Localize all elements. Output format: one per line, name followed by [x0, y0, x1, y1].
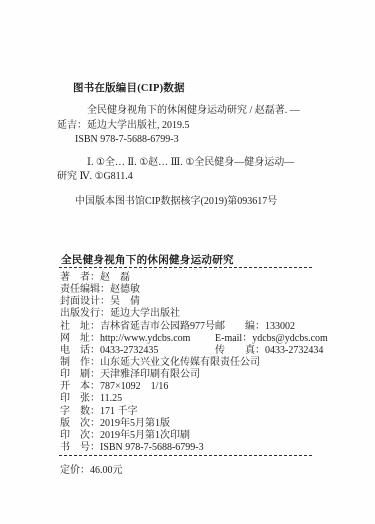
- row-label: 邮 编：: [215, 321, 265, 332]
- row-value: 延边大学出版社: [110, 308, 180, 319]
- row-edition: 版 次：2019年5月第1版: [60, 418, 360, 430]
- row-author: 著 者：赵 磊: [60, 272, 360, 284]
- separator-top: [59, 266, 314, 268]
- row-label: 著 者：: [60, 272, 100, 283]
- row-cover-design: 封面设计：吴 倩: [60, 296, 360, 308]
- row-value: ydcbs@ydcbs.com: [252, 333, 328, 344]
- row-label: 出版发行：: [60, 308, 110, 319]
- price-label: 定价：: [60, 465, 90, 476]
- row-fax: 传 真：0433-2732434: [215, 345, 323, 357]
- row-value: 吉林省延吉市公园路977号: [100, 321, 215, 332]
- row-label: 开 本：: [60, 381, 100, 392]
- row-value: 2019年5月第1版: [100, 418, 170, 429]
- price-value: 46.00元: [90, 465, 123, 476]
- row-website: 网 址：http://www.ydcbs.comE-mail：ydcbs@ydc…: [60, 333, 360, 345]
- row-value: 赵 磊: [100, 272, 130, 283]
- cip-record-number: 中国版本图书馆CIP数据核字(2019)第093617号: [75, 192, 277, 207]
- row-value: 0433-2732434: [265, 345, 323, 356]
- row-editor: 责任编辑：赵德敏: [60, 284, 360, 296]
- row-label: E-mail：: [215, 333, 252, 344]
- row-value: 0433-2732435: [100, 345, 158, 356]
- price: 定价：46.00元: [60, 461, 123, 476]
- cip-class-line2: 研究 Ⅳ. ①G811.4: [57, 170, 337, 184]
- cip-description: 全民健身视角下的休闲健身运动研究 / 赵磊著. — 延吉：延边大学出版社, 20…: [57, 104, 337, 148]
- row-label: 字 数：: [60, 406, 100, 417]
- row-label: 网 址：: [60, 333, 100, 344]
- book-title: 全民健身视角下的休闲健身运动研究: [61, 252, 234, 267]
- row-label: 传 真：: [215, 345, 265, 356]
- row-format: 开 本：787×1092 1/16: [60, 381, 360, 393]
- row-label: 印 张：: [60, 393, 100, 404]
- row-label: 封面设计：: [60, 296, 110, 307]
- row-production: 制 作：山东延大兴业文化传媒有限责任公司: [60, 357, 360, 369]
- row-word-count: 字 数：171 千字: [60, 406, 360, 418]
- row-value: 787×1092 1/16: [100, 381, 168, 392]
- row-isbn: 书 号：ISBN 978-7-5688-6799-3: [60, 442, 360, 454]
- row-value: 天津雅泽印刷有限公司: [100, 369, 200, 380]
- cip-isbn-line: ISBN 978-7-5688-6799-3: [75, 133, 337, 148]
- row-impression: 印 次：2019年5月第1次印刷: [60, 430, 360, 442]
- row-value: 赵德敏: [110, 284, 140, 295]
- row-label: 电 话：: [60, 345, 100, 356]
- cip-publisher-line: 延吉：延边大学出版社, 2019.5: [57, 119, 337, 134]
- row-value: http://www.ydcbs.com: [100, 333, 190, 344]
- row-value: 11.25: [100, 393, 122, 404]
- row-value: 山东延大兴业文化传媒有限责任公司: [100, 357, 260, 368]
- row-email: E-mail：ydcbs@ydcbs.com: [215, 333, 328, 345]
- row-sheets: 印 张：11.25: [60, 393, 360, 405]
- row-label: 社 址：: [60, 321, 100, 332]
- row-phone: 电 话：0433-2732435传 真：0433-2732434: [60, 345, 360, 357]
- row-label: 书 号：: [60, 442, 100, 453]
- row-value: 2019年5月第1次印刷: [100, 430, 190, 441]
- row-label: 版 次：: [60, 418, 100, 429]
- separator-bottom: [59, 454, 314, 456]
- cip-title-line: 全民健身视角下的休闲健身运动研究 / 赵磊著. —: [87, 104, 337, 119]
- book-copyright-page: 图书在版编目(CIP)数据 全民健身视角下的休闲健身运动研究 / 赵磊著. — …: [0, 0, 375, 524]
- row-publisher: 出版发行：延边大学出版社: [60, 308, 360, 320]
- row-value: ISBN 978-7-5688-6799-3: [100, 442, 204, 453]
- row-label: 印 刷：: [60, 369, 100, 380]
- row-postcode: 邮 编：133002: [215, 321, 295, 333]
- row-label: 制 作：: [60, 357, 100, 368]
- cip-header: 图书在版编目(CIP)数据: [73, 80, 185, 95]
- row-label: 印 次：: [60, 430, 100, 441]
- row-address: 社 址：吉林省延吉市公园路977号邮 编：133002: [60, 321, 360, 333]
- row-label: 责任编辑：: [60, 284, 110, 295]
- row-value: 吴 倩: [110, 296, 140, 307]
- cip-class-line1: Ⅰ. ①全… Ⅱ. ①赵… Ⅲ. ①全民健身—健身运动—: [87, 156, 337, 170]
- cip-classification: Ⅰ. ①全… Ⅱ. ①赵… Ⅲ. ①全民健身—健身运动— 研究 Ⅳ. ①G811…: [57, 156, 337, 184]
- colophon-rows: 著 者：赵 磊 责任编辑：赵德敏 封面设计：吴 倩 出版发行：延边大学出版社 社…: [60, 272, 360, 454]
- row-value: 133002: [265, 321, 295, 332]
- row-printing: 印 刷：天津雅泽印刷有限公司: [60, 369, 360, 381]
- row-value: 171 千字: [100, 406, 138, 417]
